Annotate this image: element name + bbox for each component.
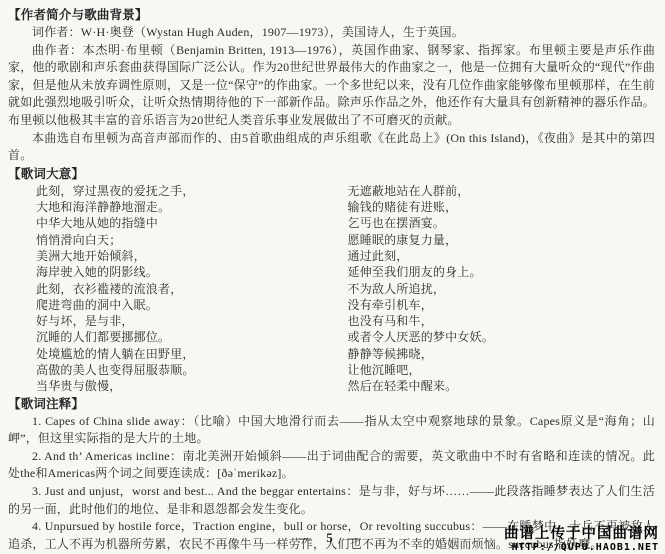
intro-paragraph: 本曲选自布里顿为高音声部而作的、由5首歌曲组成的声乐组歌《在此岛上》(On th… [8, 130, 655, 165]
lyric-line: 美洲大地开始倾斜， [36, 248, 344, 264]
lyric-line: 让他沉睡吧， [348, 362, 656, 378]
lyric-line: 沉睡的人们都要挪挪位。 [36, 329, 344, 345]
lyric-line: 或者令人厌恶的梦中女妖。 [348, 329, 656, 345]
lyric-line: 高傲的美人也变得屈服恭顺。 [36, 362, 344, 378]
lyric-line: 没有牵引机车， [348, 297, 656, 313]
lyric-line: 此刻，穿过黑夜的爱抚之手， [36, 183, 344, 199]
lyric-line: 延伸至我们朋友的身上。 [348, 264, 656, 280]
lyric-line: 乞丐也在摆酒宴。 [348, 215, 656, 231]
lyrics-right-column: 无遮蔽地站在人群前，输钱的赌徒有进账，乞丐也在摆酒宴。愿睡眠的康复力量，通过此刻… [344, 183, 656, 395]
lyric-line: 愿睡眠的康复力量， [348, 232, 656, 248]
intro-paragraph: 曲作者：本杰明·布里顿（Benjamin Britten, 1913—1976）… [8, 42, 655, 130]
lyrics-section-header: 【歌词大意】 [8, 165, 655, 183]
lyric-line: 大地和海洋静静地溜走。 [36, 199, 344, 215]
page-footer: — 5 — 曲谱上传于中国曲谱网 HTTP://QUPU.HAOB1.NET [0, 524, 665, 554]
section-intro: 【作者简介与歌曲背景】 词作者：W·H·奥登（Wystan Hugh Auden… [8, 6, 655, 165]
lyric-line: 爬进弯曲的洞中入眠。 [36, 297, 344, 313]
lyric-line: 当华贵与傲慢， [36, 378, 344, 394]
lyric-line: 输钱的赌徒有进账， [348, 199, 656, 215]
intro-paragraph: 词作者：W·H·奥登（Wystan Hugh Auden，1907—1973），… [8, 24, 655, 42]
lyrics-columns: 此刻，穿过黑夜的爱抚之手，大地和海洋静静地溜走。中华大地从她的指缝中悄悄滑向白天… [8, 183, 655, 395]
watermark-url: HTTP://QUPU.HAOB1.NET [504, 542, 659, 553]
note-item: 3. Just and unjust，worst and best... And… [8, 483, 655, 518]
lyric-line: 通过此刻， [348, 248, 656, 264]
intro-paragraphs: 词作者：W·H·奥登（Wystan Hugh Auden，1907—1973），… [8, 24, 655, 165]
lyrics-left-column: 此刻，穿过黑夜的爱抚之手，大地和海洋静静地溜走。中华大地从她的指缝中悄悄滑向白天… [36, 183, 344, 395]
lyric-line: 静静等候拂晓， [348, 346, 656, 362]
notes-section-header: 【歌词注释】 [8, 395, 655, 413]
lyric-line: 也没有马和牛， [348, 313, 656, 329]
note-item: 1. Capes of China slide away：（比喻）中国大地滑行而… [8, 413, 655, 448]
lyric-line: 中华大地从她的指缝中 [36, 215, 344, 231]
lyric-line: 好与坏，是与非， [36, 313, 344, 329]
document-page: 【作者简介与歌曲背景】 词作者：W·H·奥登（Wystan Hugh Auden… [0, 0, 665, 554]
lyric-line: 此刻，衣衫褴褛的流浪者， [36, 281, 344, 297]
note-item: 2. And th’ Americas incline：南北美洲开始倾斜——出于… [8, 448, 655, 483]
lyric-line: 海岸驶入她的阴影线。 [36, 264, 344, 280]
watermark: 曲谱上传于中国曲谱网 HTTP://QUPU.HAOB1.NET [504, 527, 659, 553]
lyric-line: 处境尴尬的情人躺在田野里， [36, 346, 344, 362]
lyric-line: 悄悄滑向白天； [36, 232, 344, 248]
section-lyrics: 【歌词大意】 此刻，穿过黑夜的爱抚之手，大地和海洋静静地溜走。中华大地从她的指缝… [8, 165, 655, 395]
watermark-site-name: 曲谱上传于中国曲谱网 [504, 527, 659, 542]
lyric-line: 然后在轻柔中醒来。 [348, 378, 656, 394]
lyric-line: 无遮蔽地站在人群前， [348, 183, 656, 199]
lyric-line: 不为敌人所追扰， [348, 281, 656, 297]
intro-section-header: 【作者简介与歌曲背景】 [8, 6, 655, 24]
